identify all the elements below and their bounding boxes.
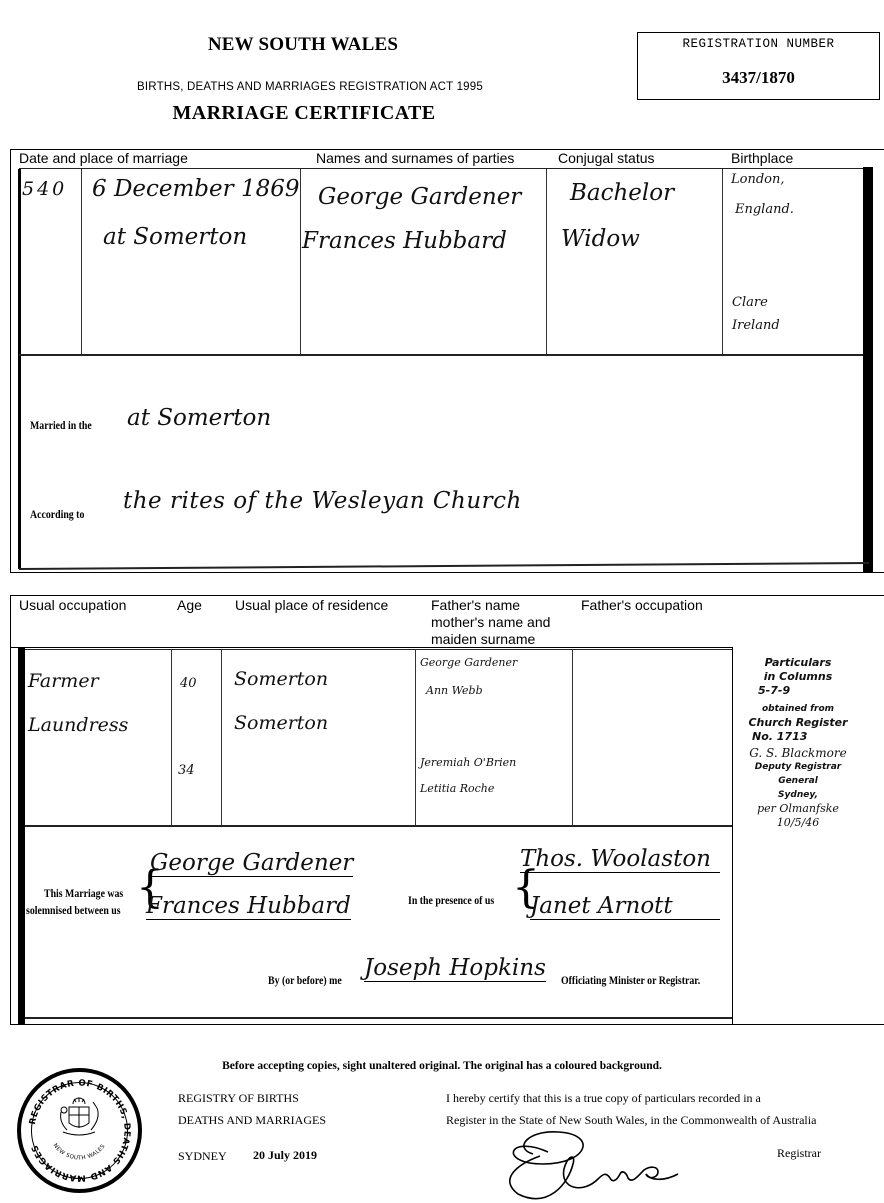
authenticity-warning: Before accepting copies, sight unaltered… — [0, 1060, 884, 1072]
act-subheading: BIRTHS, DEATHS AND MARRIAGES REGISTRATIO… — [0, 81, 620, 93]
officiant-signature: Joseph Hopkins — [364, 955, 546, 982]
rule-residence — [415, 650, 416, 825]
col-header-occupation: Usual occupation — [19, 597, 126, 614]
registrar-label: Registrar — [777, 1142, 821, 1164]
rule-status — [722, 169, 723, 355]
bride-age: 34 — [178, 763, 195, 778]
annotation-line3: 5-7-9 — [738, 684, 858, 698]
groom-birthplace-line2: England. — [735, 202, 794, 217]
groom-occupation: Farmer — [28, 670, 99, 692]
witness1-signature: Thos. Woolaston — [520, 846, 720, 873]
issue-city: SYDNEY — [178, 1145, 227, 1167]
col-header-age: Age — [177, 597, 202, 614]
register-rule-2b — [25, 825, 732, 827]
officiant-role-label: Officiating Minister or Registrar. — [561, 973, 700, 988]
registration-number-box: REGISTRATION NUMBER 3437/1870 — [637, 32, 880, 100]
col-header-father-occupation: Father's occupation — [581, 597, 703, 614]
bride-mother-name: Letitia Roche — [420, 782, 494, 795]
col-header-parents-3: maiden surname — [431, 631, 535, 648]
certify-line1: I hereby certify that this is a true cop… — [446, 1087, 816, 1109]
rule-entry-num — [81, 169, 82, 355]
rule-age — [221, 650, 222, 825]
registry-name-block: REGISTRY OF BIRTHS DEATHS AND MARRIAGES — [178, 1087, 326, 1131]
bride-father-name: Jeremiah O'Brien — [420, 756, 516, 769]
register-bottom-rule — [19, 562, 869, 570]
annotation-line9: per Olmanfske — [738, 802, 858, 816]
col-header-birthplace: Birthplace — [731, 150, 793, 167]
col-header-date-place: Date and place of marriage — [19, 150, 188, 167]
bride-name: Frances Hubbard — [302, 228, 507, 254]
rule-annotation-margin — [732, 648, 733, 1024]
groom-residence: Somerton — [234, 668, 328, 690]
marriage-place: at Somerton — [103, 224, 247, 250]
groom-name: George Gardener — [318, 184, 521, 210]
col-header-names: Names and surnames of parties — [316, 150, 514, 167]
register-right-edge — [863, 167, 873, 572]
svg-text:REGISTRAR OF BIRTHS, DEATHS AN: REGISTRAR OF BIRTHS, DEATHS AND MARRIAGE… — [28, 1078, 132, 1182]
issue-date: 20 July 2019 — [253, 1144, 317, 1166]
bride-birthplace-line2: Ireland — [732, 318, 780, 333]
by-before-label: By (or before) me — [268, 973, 342, 988]
register-rule-2c — [25, 1017, 732, 1019]
col-header-residence: Usual place of residence — [235, 597, 388, 614]
married-in-value: at Somerton — [127, 405, 271, 431]
register-binding-edge — [18, 169, 21, 569]
registry-line1: REGISTRY OF BIRTHS — [178, 1087, 326, 1109]
register-top-rule — [19, 168, 869, 169]
annotation-stamp: Particulars in Columns 5-7-9 obtained fr… — [738, 656, 858, 830]
groom-conjugal-status: Bachelor — [570, 180, 674, 206]
rule-parents — [572, 650, 573, 825]
certificate-title: MARRIAGE CERTIFICATE — [0, 102, 608, 125]
svg-text:NEW SOUTH WALES: NEW SOUTH WALES — [52, 1143, 107, 1162]
groom-age: 40 — [180, 676, 197, 691]
entry-number: 540 — [22, 178, 67, 200]
groom-father-name: George Gardener — [420, 656, 517, 669]
annotation-line7: Deputy Registrar General — [738, 760, 858, 788]
rule-occupation — [171, 650, 172, 825]
rule-names — [546, 169, 547, 355]
col-header-conjugal-status: Conjugal status — [558, 150, 655, 167]
annotation-line8: Sydney, — [738, 788, 858, 802]
according-to-value: the rites of the Wesleyan Church — [123, 488, 522, 514]
col-header-parents-2: mother's name and — [431, 614, 550, 631]
solemnised-label-line2: solemnised between us — [26, 903, 121, 918]
presence-label: In the presence of us — [408, 893, 494, 908]
groom-mother-name: Ann Webb — [426, 684, 483, 697]
registration-number-label: REGISTRATION NUMBER — [638, 37, 879, 51]
party2-signature: Frances Hubbard — [146, 893, 351, 920]
witness2-signature: Janet Arnott — [530, 893, 720, 920]
registry-seal: REGISTRAR OF BIRTHS, DEATHS AND MARRIAGE… — [17, 1068, 142, 1193]
annotation-line1: Particulars — [738, 656, 858, 670]
married-in-label: Married in the — [30, 418, 92, 433]
bride-residence: Somerton — [234, 712, 328, 734]
registry-line2: DEATHS AND MARRIAGES — [178, 1109, 326, 1131]
rule-date — [300, 169, 301, 355]
annotation-signature: G. S. Blackmore — [738, 746, 858, 760]
bride-conjugal-status: Widow — [561, 226, 640, 252]
annotation-line6: No. 1713 — [738, 730, 858, 744]
annotation-line10: 10/5/46 — [738, 816, 858, 830]
annotation-line2: in Columns — [738, 670, 858, 684]
party1-signature: George Gardener — [150, 850, 353, 877]
annotation-line4: obtained from — [738, 702, 858, 716]
annotation-line5: Church Register — [738, 716, 858, 730]
bride-birthplace-line1: Clare — [732, 295, 768, 310]
seal-ring-text-icon: REGISTRAR OF BIRTHS, DEATHS AND MARRIAGE… — [21, 1072, 138, 1189]
groom-birthplace-line1: London, — [731, 172, 785, 187]
according-to-label: According to — [30, 507, 84, 522]
marriage-date: 6 December 1869 — [92, 176, 299, 202]
register-binding-edge-2 — [18, 648, 25, 1024]
col-header-parents-1: Father's name — [431, 597, 520, 614]
registrar-signature-icon — [488, 1124, 728, 1203]
registration-number-value: 3437/1870 — [638, 68, 879, 88]
solemnised-label-line1: This Marriage was — [44, 886, 123, 901]
svg-text:★: ★ — [77, 1175, 82, 1182]
register-mid-rule — [19, 354, 869, 356]
bride-occupation: Laundress — [28, 714, 128, 736]
state-heading: NEW SOUTH WALES — [0, 34, 606, 56]
register-rule-2a — [25, 649, 732, 650]
